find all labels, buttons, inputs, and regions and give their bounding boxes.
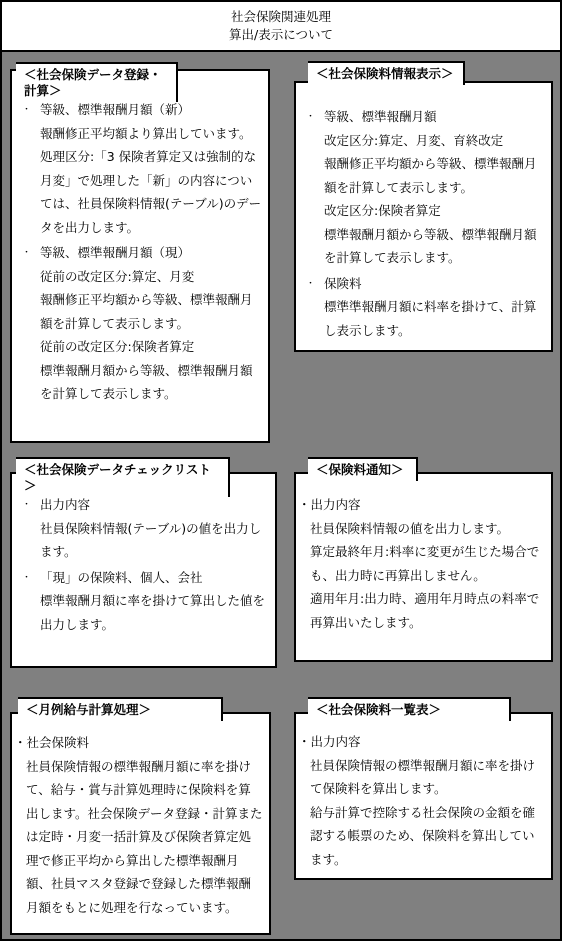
item-line: 給与計算で控除する社会保険の金額を確認する帳票のため、保険料を算出しています。 (296, 801, 545, 872)
bullet-icon: ・ (14, 735, 27, 750)
list-item: ・ 出力内容 社員保険料情報(テーブル)の値を出力します。 (12, 493, 269, 564)
document-title-line-2: 算出/表示について (229, 26, 333, 44)
bullet-icon: ・ (22, 242, 31, 266)
panel-heading: ＜社会保険データ登録・計算＞ (16, 62, 178, 102)
panel-heading: ＜保険料通知＞ (308, 457, 418, 481)
list-item: ・出力内容 社員保険情報の標準報酬月額に率を掛けて保険料を算出します。 給与計算… (296, 730, 545, 871)
list-item: ・ 等級、標準報酬月額 改定区分:算定、月変、育終改定 報酬修正平均額から等級、… (296, 105, 545, 270)
item-line: 報酬修正平均額より算出しています。 (12, 122, 262, 146)
list-item: ・ 「現」の保険料、個人、会社 標準報酬月額に率を掛けて算出した値を出力します。 (12, 566, 269, 637)
item-title-text: 「現」の保険料、個人、会社 (40, 570, 203, 585)
bullet-icon: ・ (22, 567, 31, 591)
bullet-icon: ・ (306, 106, 315, 130)
item-line: 従前の改定区分:算定、月変 (12, 265, 262, 289)
panel-heading: ＜月例給与計算処理＞ (18, 697, 223, 721)
bullet-icon: ・ (22, 494, 31, 518)
item-line: 社員保険情報の標準報酬月額に率を掛けて保険料を算出します。 (296, 754, 545, 801)
panel-body: ・ 出力内容 社員保険料情報(テーブル)の値を出力します。 ・ 「現」の保険料、… (12, 474, 275, 666)
panel-body: ・出力内容 社員保険情報の標準報酬月額に率を掛けて保険料を算出します。 給与計算… (296, 714, 551, 878)
item-line: 標準準報酬月額に料率を掛けて、計算し表示します。 (296, 295, 545, 342)
document-page: 社会保険関連処理 算出/表示について ＜社会保険データ登録・計算＞ ・ 等級、標… (0, 0, 562, 941)
panel-body: ・ 等級、標準報酬月額（新） 報酬修正平均額より算出しています。 処理区分:「3… (12, 71, 268, 441)
item-line: 報酬修正平均額から等級、標準報酬月額を計算して表示します。 (296, 152, 545, 199)
list-item: ・ 等級、標準報酬月額（現） 従前の改定区分:算定、月変 報酬修正平均額から等級… (12, 241, 262, 406)
list-item: ・社会保険料 社員保険情報の標準報酬月額に率を掛けて、給与・賞与計算処理時に保険… (12, 731, 263, 919)
item-title-text: 社会保険料 (27, 735, 90, 750)
item-title: ・ 等級、標準報酬月額（現） (12, 241, 262, 265)
item-line: 標準報酬月額から等級、標準報酬月額を計算して表示します。 (12, 359, 262, 406)
item-title-text: 等級、標準報酬月額（新） (40, 102, 190, 117)
item-title-text: 出力内容 (40, 497, 90, 512)
bullet-icon: ・ (298, 497, 311, 512)
item-title: ・ 等級、標準報酬月額 (296, 105, 545, 129)
item-line: 処理区分:「3 保険者算定又は強制的な月変」で処理した「新」の内容については、社… (12, 145, 262, 239)
item-line: 標準報酬月額から等級、標準報酬月額を計算して表示します。 (296, 223, 545, 270)
item-title-text: 保険料 (324, 276, 362, 291)
item-line: 算定最終年月:料率に変更が生じた場合でも、出力時に再算出しません。 (296, 540, 545, 587)
item-title: ・ 保険料 (296, 272, 545, 296)
item-title: ・社会保険料 (12, 731, 263, 755)
item-title-text: 出力内容 (311, 734, 361, 749)
item-title: ・出力内容 (296, 493, 545, 517)
panel-monthly-payroll-processing: ＜月例給与計算処理＞ ・社会保険料 社員保険情報の標準報酬月額に率を掛けて、給与… (10, 712, 271, 935)
list-item: ・ 等級、標準報酬月額（新） 報酬修正平均額より算出しています。 処理区分:「3… (12, 98, 262, 239)
list-item: ・出力内容 社員保険料情報の値を出力します。 算定最終年月:料率に変更が生じた場… (296, 493, 545, 634)
bullet-icon: ・ (306, 273, 315, 297)
panel-body: ・社会保険料 社員保険情報の標準報酬月額に率を掛けて、給与・賞与計算処理時に保険… (12, 714, 269, 933)
panel-body: ・ 等級、標準報酬月額 改定区分:算定、月変、育終改定 報酬修正平均額から等級、… (296, 83, 551, 350)
panel-social-insurance-data-registration: ＜社会保険データ登録・計算＞ ・ 等級、標準報酬月額（新） 報酬修正平均額より算… (10, 69, 270, 443)
item-line: 適用年月:出力時、適用年月時点の料率で再算出いたします。 (296, 587, 545, 634)
item-line: 報酬修正平均額から等級、標準報酬月額を計算して表示します。 (12, 288, 262, 335)
panel-heading: ＜社会保険料一覧表＞ (308, 697, 511, 721)
panel-heading: ＜社会保険データチェックリスト＞ (16, 457, 230, 497)
item-line: 改定区分:算定、月変、育終改定 (296, 129, 545, 153)
bullet-icon: ・ (298, 734, 311, 749)
item-title-text: 等級、標準報酬月額 (324, 109, 437, 124)
panel-social-insurance-premium-list: ＜社会保険料一覧表＞ ・出力内容 社員保険情報の標準報酬月額に率を掛けて保険料を… (294, 712, 553, 880)
item-line: 社員保険料情報の値を出力します。 (296, 517, 545, 541)
item-line: 改定区分:保険者算定 (296, 199, 545, 223)
panel-heading: ＜社会保険料情報表示＞ (308, 61, 465, 85)
document-title-box: 社会保険関連処理 算出/表示について (2, 2, 560, 52)
panel-premium-notice: ＜保険料通知＞ ・出力内容 社員保険料情報の値を出力します。 算定最終年月:料率… (294, 472, 553, 662)
item-title-text: 出力内容 (311, 497, 361, 512)
panel-insurance-premium-info-display: ＜社会保険料情報表示＞ ・ 等級、標準報酬月額 改定区分:算定、月変、育終改定 … (294, 81, 553, 352)
document-title-line-1: 社会保険関連処理 (231, 8, 331, 26)
item-line: 社員保険料情報(テーブル)の値を出力します。 (12, 517, 269, 564)
item-line: 従前の改定区分:保険者算定 (12, 335, 262, 359)
bullet-icon: ・ (22, 99, 31, 123)
item-line: 標準報酬月額に率を掛けて算出した値を出力します。 (12, 589, 269, 636)
item-title: ・ 「現」の保険料、個人、会社 (12, 566, 269, 590)
list-item: ・ 保険料 標準準報酬月額に料率を掛けて、計算し表示します。 (296, 272, 545, 343)
panel-body: ・出力内容 社員保険料情報の値を出力します。 算定最終年月:料率に変更が生じた場… (296, 474, 551, 660)
item-title-text: 等級、標準報酬月額（現） (40, 245, 190, 260)
panel-social-insurance-data-checklist: ＜社会保険データチェックリスト＞ ・ 出力内容 社員保険料情報(テーブル)の値を… (10, 472, 277, 668)
item-line: 社員保険情報の標準報酬月額に率を掛けて、給与・賞与計算処理時に保険料を算出します… (12, 755, 263, 920)
item-title: ・出力内容 (296, 730, 545, 754)
